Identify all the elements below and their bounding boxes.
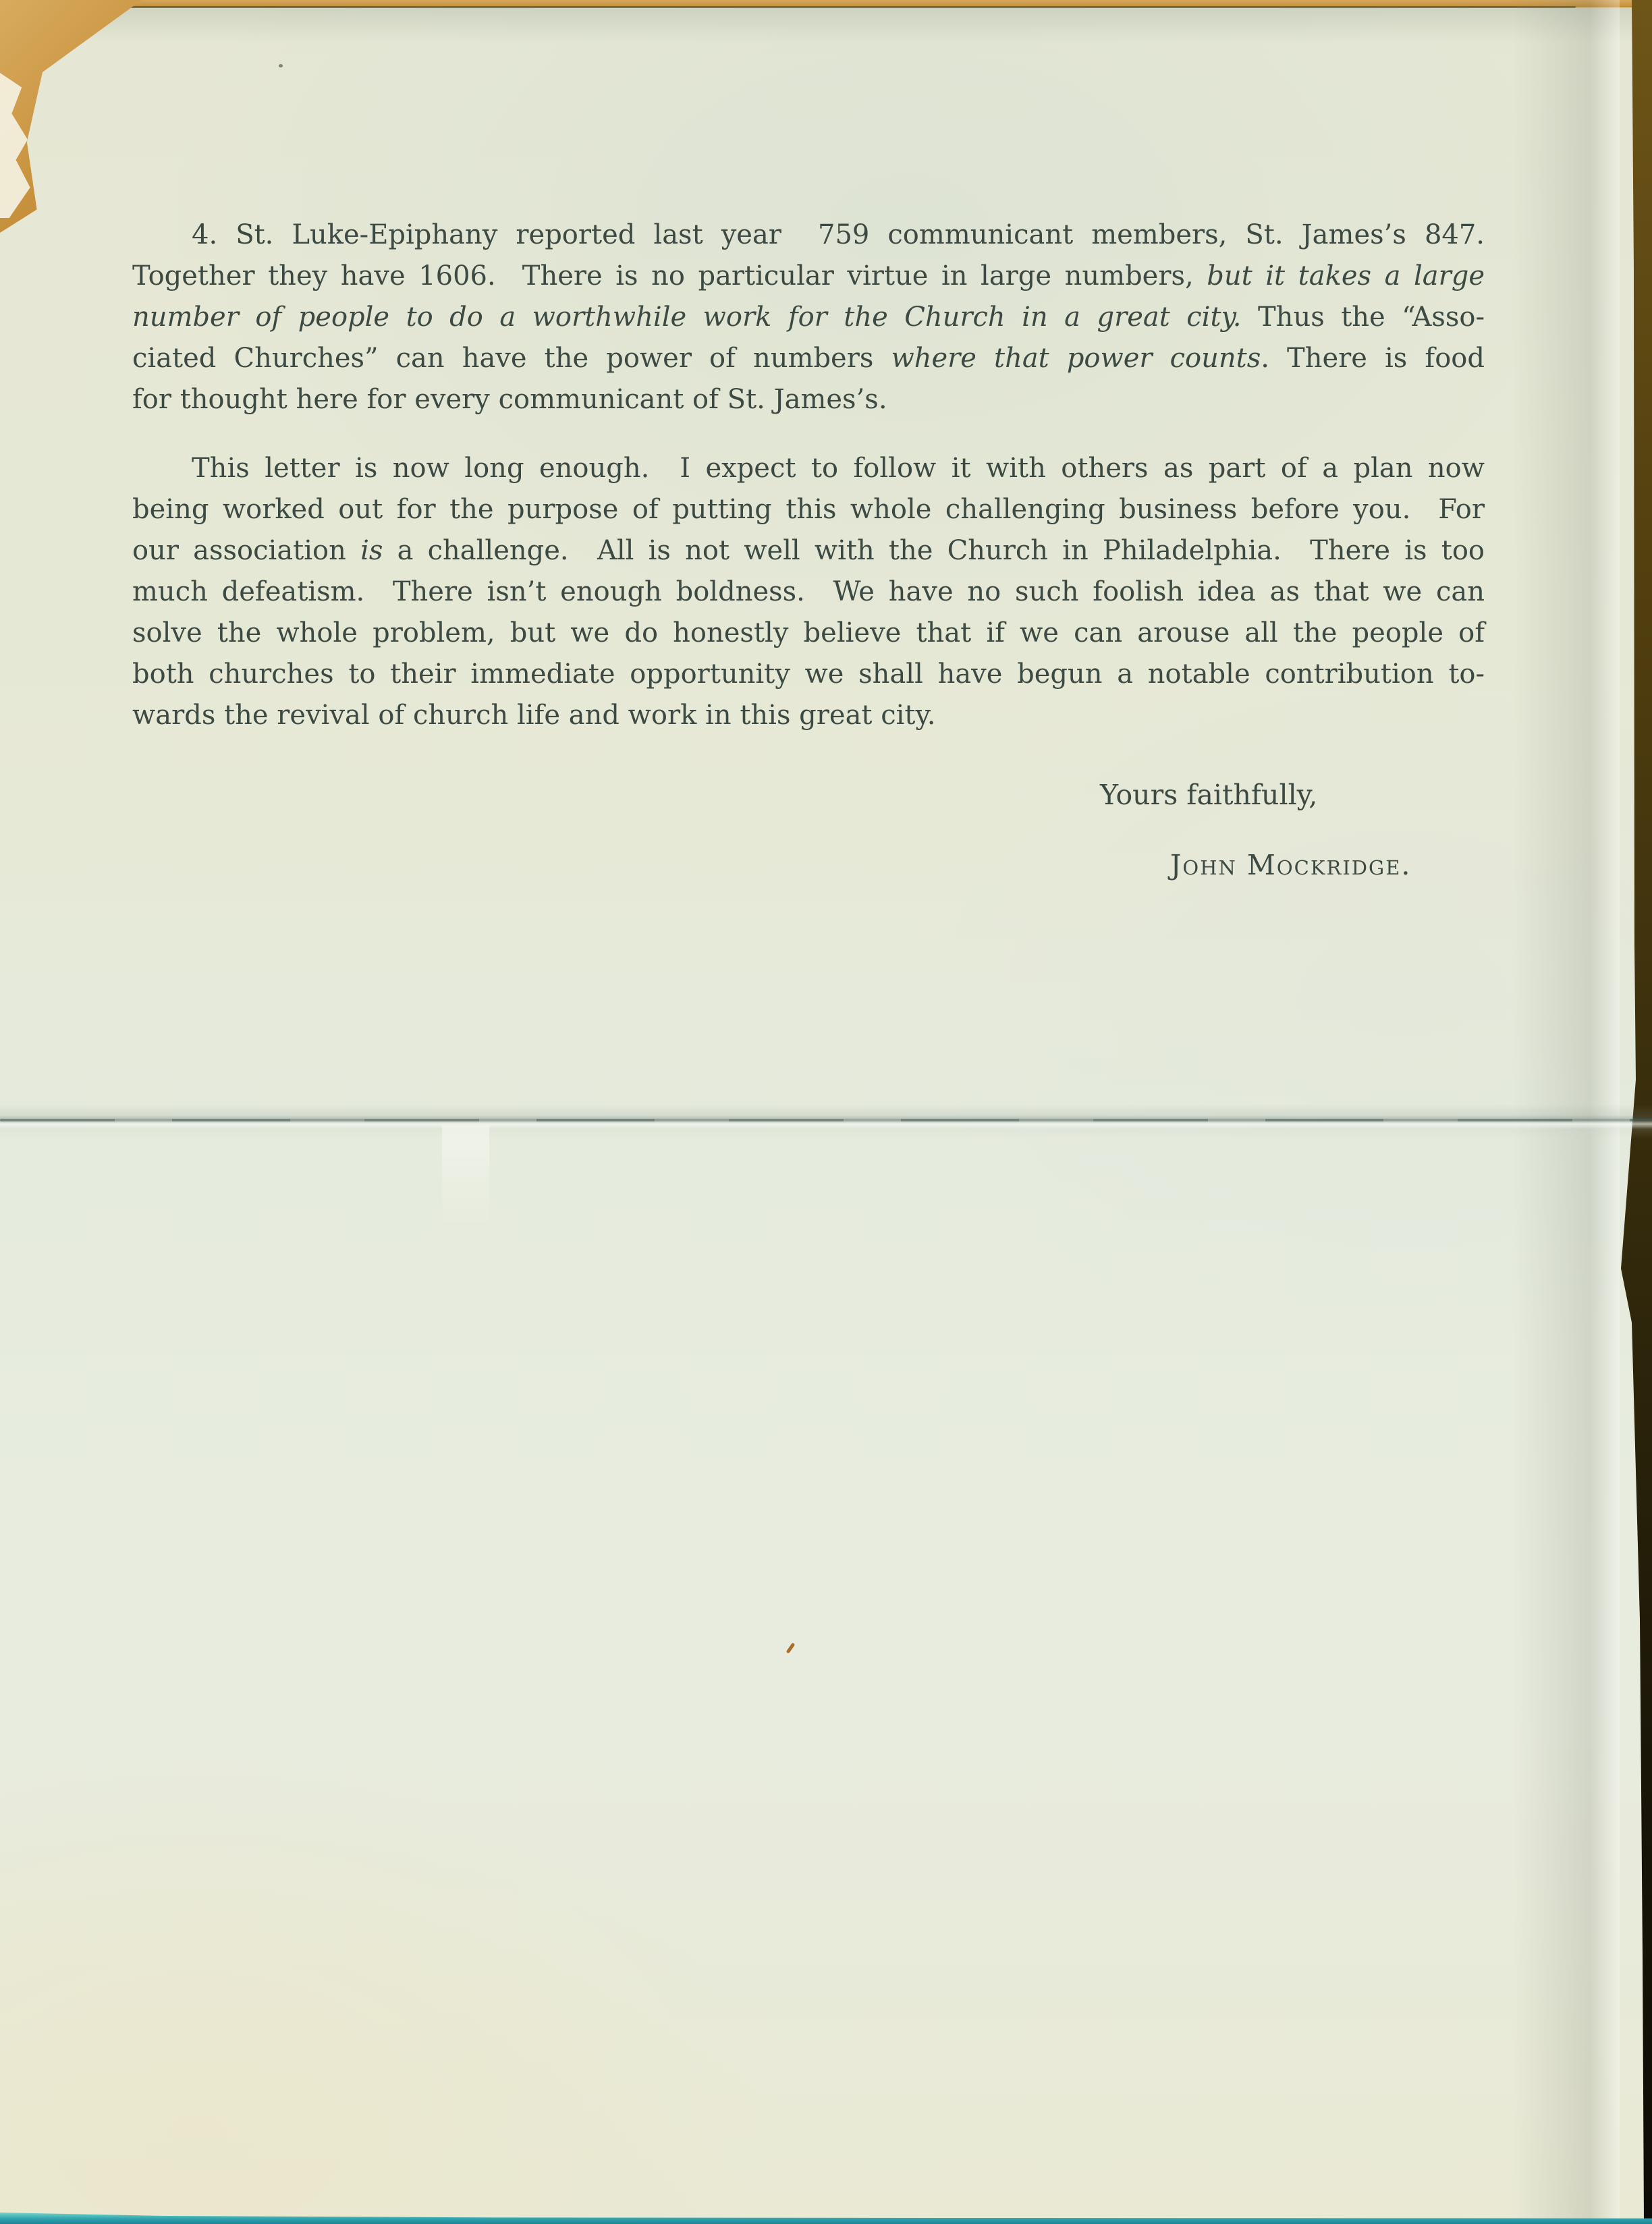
letter-body: 4. St. Luke-Epiphany reported last year … <box>132 215 1485 736</box>
text-line: being worked out for the purpose of putt… <box>132 489 1485 530</box>
text-run: solve the whole problem, but we do hones… <box>132 617 1485 648</box>
text-run: 4. St. Luke-Epiphany reported last year … <box>192 219 1485 250</box>
text-line: This letter is now long enough. I expect… <box>132 448 1485 489</box>
scanned-letter-page: 4. St. Luke-Epiphany reported last year … <box>0 0 1652 2224</box>
text-line: Together they have 1606. There is no par… <box>132 256 1485 297</box>
text-line: ciated Churches” can have the power of n… <box>132 338 1485 379</box>
italic-run: is <box>360 535 383 566</box>
text-run: our association <box>132 535 360 566</box>
closing-valediction: Yours faithfully, <box>1100 775 1317 816</box>
binding-edge-bottom <box>0 2211 1652 2224</box>
text-run: This letter is now long enough. I expect… <box>192 453 1485 484</box>
signature-name: John Mockridge. <box>1170 845 1411 886</box>
text-run: for thought here for every communicant o… <box>132 384 887 415</box>
top-edge-shadow <box>0 5 1652 43</box>
text-line: for thought here for every communicant o… <box>132 379 1485 420</box>
text-run: a challenge. All is not well with the Ch… <box>383 535 1485 566</box>
text-run: Together they have 1606. There is no par… <box>132 260 1207 291</box>
paper-speck <box>786 1642 796 1654</box>
text-line: solve the whole problem, but we do hones… <box>132 613 1485 654</box>
top-edge-dark-line <box>64 6 1576 8</box>
text-line: much defeatism. There isn’t enough boldn… <box>132 572 1485 613</box>
text-line: number of people to do a worthwhile work… <box>132 297 1485 338</box>
italic-run: but it takes a large <box>1207 260 1485 291</box>
text-run: much defeatism. There isn’t enough boldn… <box>132 576 1485 607</box>
text-run: . There is food <box>1261 343 1485 374</box>
paragraph: This letter is now long enough. I expect… <box>132 448 1485 736</box>
text-line: 4. St. Luke-Epiphany reported last year … <box>132 215 1485 256</box>
text-run: being worked out for the purpose of putt… <box>132 494 1485 525</box>
italic-run: number of people to do a worthwhile work… <box>132 302 1242 333</box>
text-run: both churches to their immediate opportu… <box>132 659 1485 690</box>
text-run: wards the revival of church life and wor… <box>132 700 936 731</box>
paragraph: 4. St. Luke-Epiphany reported last year … <box>132 215 1485 420</box>
text-line: wards the revival of church life and wor… <box>132 695 1485 736</box>
paper-dot <box>279 64 283 67</box>
italic-run: where that power counts <box>891 343 1261 374</box>
text-line: both churches to their immediate opportu… <box>132 654 1485 695</box>
fold-highlight-streak <box>442 1125 489 1227</box>
text-line: our association is a challenge. All is n… <box>132 530 1485 572</box>
fold-crease-line <box>0 1119 1652 1121</box>
fold-crease <box>0 1104 1652 1139</box>
text-run: Thus the “Asso- <box>1242 302 1485 333</box>
text-run: ciated Churches” can have the power of n… <box>132 343 891 374</box>
